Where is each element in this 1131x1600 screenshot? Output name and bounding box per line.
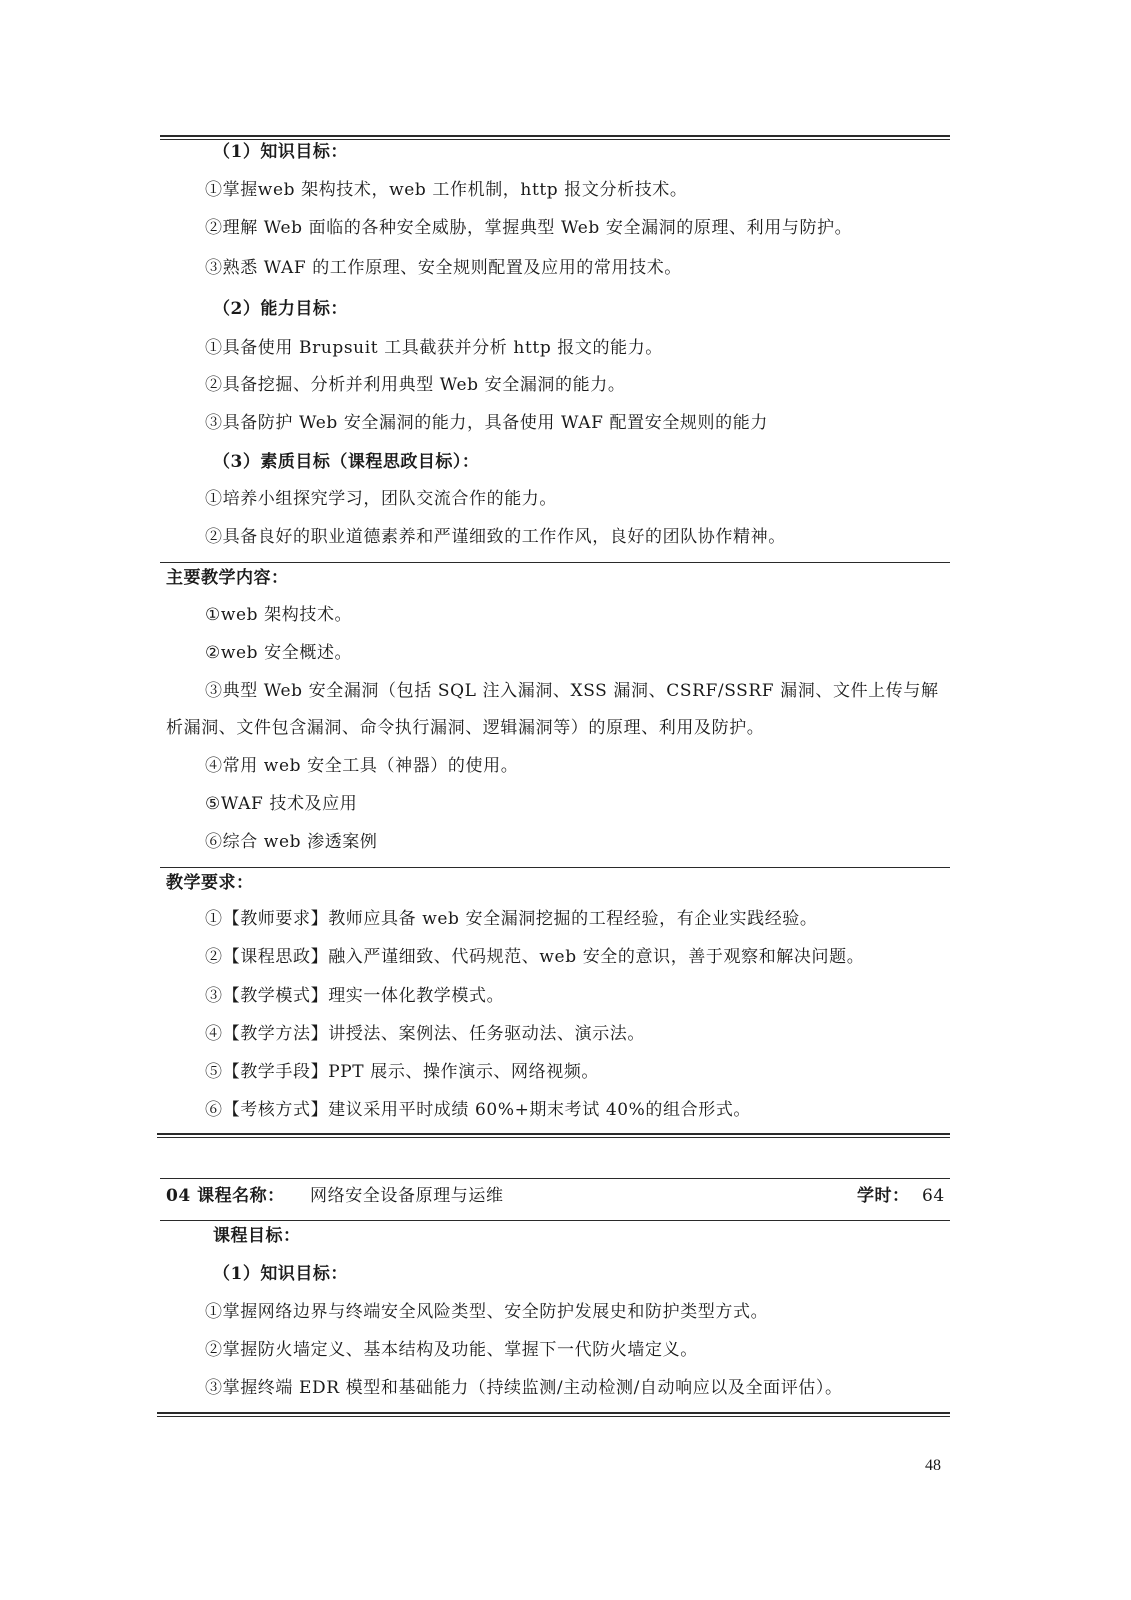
requirement-item: ⑤【教学手段】PPT 展示、操作演示、网络视频。: [205, 1061, 599, 1083]
requirement-item: ②【课程思政】融入严谨细致、代码规范、web 安全的意识，善于观察和解决问题。: [205, 946, 864, 968]
ability-item: ①具备使用 Brupsuit 工具截获并分析 http 报文的能力。: [205, 337, 663, 359]
ability-heading: （2）能力目标：: [213, 298, 348, 320]
content-item: ⑥综合 web 渗透案例: [205, 831, 378, 853]
course-table-top: [160, 1178, 950, 1179]
quality-item: ①培养小组探究学习，团队交流合作的能力。: [205, 488, 557, 510]
section-divider: [160, 867, 950, 868]
section-divider: [160, 562, 950, 563]
section-divider: [160, 1220, 950, 1221]
objectives-heading: 课程目标：: [213, 1225, 301, 1247]
content-heading: 主要教学内容：: [166, 567, 289, 589]
knowledge-item: ②理解 Web 面临的各种安全威胁，掌握典型 Web 安全漏洞的原理、利用与防护…: [205, 217, 852, 239]
knowledge-heading: （1）知识目标：: [213, 141, 348, 163]
content-item: ②web 安全概述。: [205, 642, 352, 664]
course-name: 网络安全设备原理与运维: [310, 1185, 504, 1207]
content-item: ⑤WAF 技术及应用: [205, 793, 357, 815]
content-item-continued: 析漏洞、文件包含漏洞、命令执行漏洞、逻辑漏洞等）的原理、利用及防护。: [166, 717, 764, 739]
document-page: （1）知识目标： ①掌握web 架构技术，web 工作机制，http 报文分析技…: [0, 0, 1131, 1600]
table-border-bottom: [157, 1412, 950, 1417]
knowledge-item: ①掌握网络边界与终端安全风险类型、安全防护发展史和防护类型方式。: [205, 1301, 768, 1323]
knowledge-heading: （1）知识目标：: [213, 1263, 348, 1285]
quality-heading: （3）素质目标（课程思政目标）：: [213, 451, 479, 473]
ability-item: ②具备挖掘、分析并利用典型 Web 安全漏洞的能力。: [205, 374, 625, 396]
table-border-top: [160, 135, 950, 140]
knowledge-item: ③掌握终端 EDR 模型和基础能力（持续监测/主动检测/自动响应以及全面评估）。: [205, 1377, 843, 1399]
knowledge-item: ②掌握防火墙定义、基本结构及功能、掌握下一代防火墙定义。: [205, 1339, 698, 1361]
requirements-heading: 教学要求：: [166, 872, 254, 894]
course-name-label: 04 课程名称：: [166, 1185, 285, 1207]
knowledge-item: ①掌握web 架构技术，web 工作机制，http 报文分析技术。: [205, 179, 688, 201]
requirement-item: ⑥【考核方式】建议采用平时成绩 60%+期末考试 40%的组合形式。: [205, 1099, 751, 1121]
requirement-item: ③【教学模式】理实一体化教学模式。: [205, 985, 504, 1007]
quality-item: ②具备良好的职业道德素养和严谨细致的工作作风，良好的团队协作精神。: [205, 526, 786, 548]
hours-label: 学时：: [857, 1185, 910, 1207]
requirement-item: ①【教师要求】教师应具备 web 安全漏洞挖掘的工程经验，有企业实践经验。: [205, 908, 818, 930]
content-item: ①web 架构技术。: [205, 604, 352, 626]
page-number: 48: [925, 1457, 941, 1475]
hours-value: 64: [922, 1185, 945, 1207]
table-border-bottom: [157, 1133, 950, 1138]
requirement-item: ④【教学方法】讲授法、案例法、任务驱动法、演示法。: [205, 1023, 645, 1045]
content-item: ④常用 web 安全工具（神器）的使用。: [205, 755, 518, 777]
knowledge-item: ③熟悉 WAF 的工作原理、安全规则配置及应用的常用技术。: [205, 257, 682, 279]
ability-item: ③具备防护 Web 安全漏洞的能力，具备使用 WAF 配置安全规则的能力: [205, 412, 768, 434]
content-item: ③典型 Web 安全漏洞（包括 SQL 注入漏洞、XSS 漏洞、CSRF/SSR…: [205, 680, 939, 702]
